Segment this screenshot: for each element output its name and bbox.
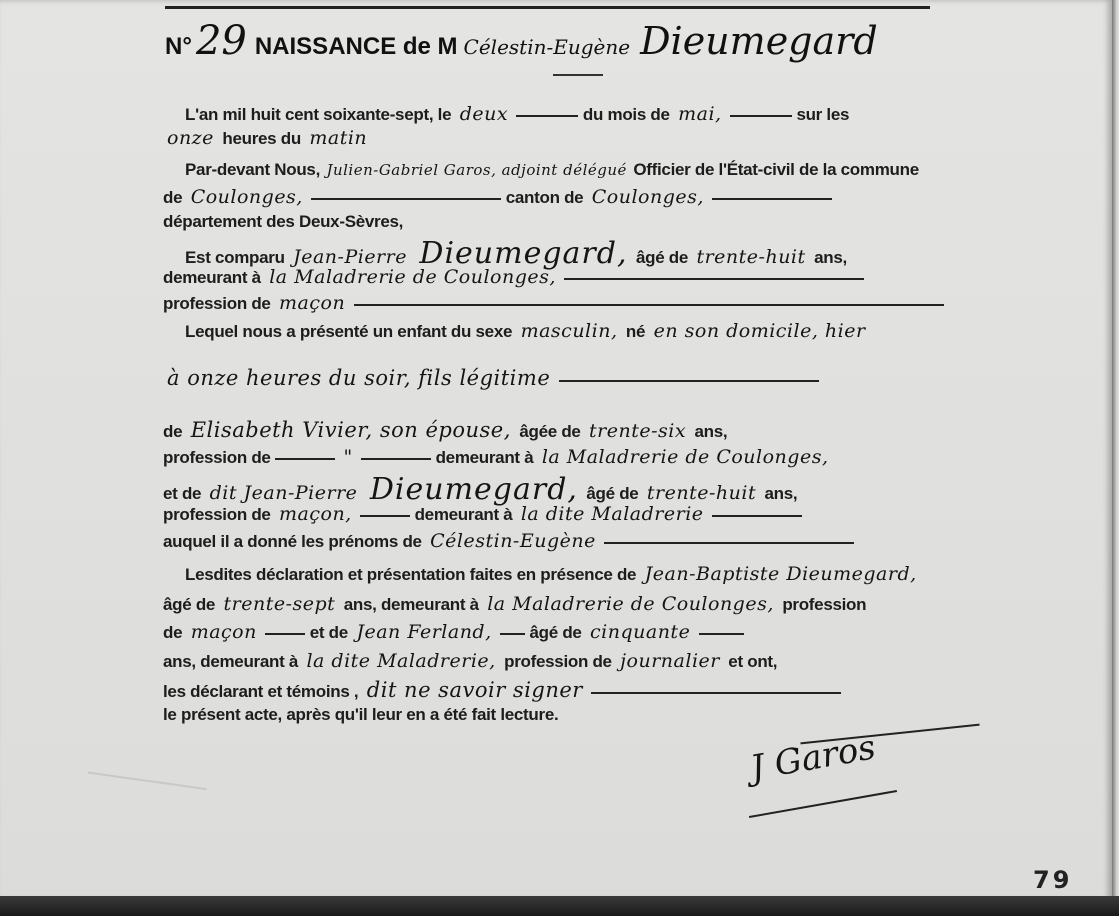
record-line: de Elisabeth Vivier, son épouse, âgée de… bbox=[163, 418, 727, 442]
record-line: Lequel nous a présenté un enfant du sexe… bbox=[185, 320, 870, 342]
handwritten-month: mai, bbox=[678, 103, 721, 125]
handwritten-signature-note: dit ne savoir signer bbox=[367, 678, 583, 702]
printed-text: L'an mil huit cent soixante-sept, le bbox=[185, 105, 451, 124]
printed-text: Par-devant Nous, bbox=[185, 160, 320, 179]
child-surname: Dieumegard bbox=[640, 19, 878, 63]
handwritten-witness-1-residence: la Maladrerie de Coulonges, bbox=[487, 593, 774, 615]
printed-text: âgé de bbox=[163, 595, 215, 614]
printed-text: canton de bbox=[506, 188, 584, 207]
child-given-names: Célestin-Eugène bbox=[464, 35, 631, 59]
number-prefix: N° bbox=[165, 33, 192, 60]
handwritten-day: deux bbox=[460, 103, 508, 125]
fill-dash bbox=[361, 458, 431, 460]
record-line: Lesdites déclaration et présentation fai… bbox=[185, 563, 921, 585]
handwritten-ditto: " bbox=[343, 446, 352, 468]
handwritten-canton: Coulonges, bbox=[592, 186, 704, 208]
fill-dash bbox=[712, 198, 832, 200]
record-number: 29 bbox=[196, 18, 247, 64]
handwritten-commune: Coulonges, bbox=[191, 186, 303, 208]
printed-text: les déclarant et témoins , bbox=[163, 682, 358, 701]
fill-dash bbox=[500, 633, 525, 635]
record-line: département des Deux-Sèvres, bbox=[163, 212, 403, 232]
handwritten-witness-1-profession: maçon bbox=[191, 621, 257, 643]
handwritten-time-of-day: matin bbox=[309, 127, 367, 149]
record-line: onze heures du matin bbox=[163, 127, 371, 149]
record-line: de maçon et de Jean Ferland, âgé de cinq… bbox=[163, 621, 744, 643]
fill-dash bbox=[559, 380, 819, 382]
printed-text: âgée de bbox=[519, 422, 580, 441]
printed-text: demeurant à bbox=[163, 268, 261, 287]
printed-text: profession de bbox=[504, 652, 612, 671]
handwritten-father-age: trente-huit bbox=[647, 482, 756, 504]
printed-text: de bbox=[163, 188, 182, 207]
handwritten-birthplace: en son domicile, hier bbox=[654, 320, 866, 342]
record-line: à onze heures du soir, fils légitime bbox=[163, 366, 819, 390]
handwritten-father-residence: la dite Maladrerie bbox=[521, 503, 704, 525]
fill-dash bbox=[712, 515, 802, 517]
printed-text: sur les bbox=[796, 105, 849, 124]
printed-text: âgé de bbox=[530, 623, 582, 642]
record-line: les déclarant et témoins , dit ne savoir… bbox=[163, 678, 841, 702]
printed-text: ans, bbox=[765, 484, 798, 503]
handwritten-given-names: Célestin-Eugène bbox=[430, 530, 596, 552]
handwritten-father-age: trente-huit bbox=[696, 246, 805, 268]
handwritten-mother: Elisabeth Vivier, son épouse, bbox=[191, 418, 511, 442]
record-line: auquel il a donné les prénoms de Célesti… bbox=[163, 530, 854, 552]
fill-dash bbox=[604, 542, 854, 544]
fill-dash bbox=[265, 633, 305, 635]
printed-text: profession de bbox=[163, 294, 271, 313]
record-line: et de dit Jean-Pierre Dieumegard, âgé de… bbox=[163, 472, 797, 507]
fill-dash bbox=[699, 633, 744, 635]
record-title: N°29NAISSANCE de MCélestin-EugèneDieumeg… bbox=[165, 18, 878, 64]
title-underline bbox=[553, 74, 603, 76]
top-rule bbox=[165, 6, 930, 9]
handwritten-father-given: Jean-Pierre bbox=[293, 246, 407, 268]
handwritten-witness-2-age: cinquante bbox=[590, 621, 690, 643]
fill-dash bbox=[516, 115, 578, 117]
printed-text: et de bbox=[163, 484, 201, 503]
handwritten-officer: Julien-Gabriel Garos, adjoint délégué bbox=[326, 161, 626, 179]
handwritten-mother-residence: la Maladrerie de Coulonges, bbox=[542, 446, 829, 468]
printed-text: heures du bbox=[222, 129, 301, 148]
record-line: le présent acte, après qu'il leur en a é… bbox=[163, 705, 558, 725]
handwritten-father-profession: maçon, bbox=[279, 503, 352, 525]
printed-text: ans, demeurant à bbox=[344, 595, 479, 614]
printed-text: profession bbox=[782, 595, 866, 614]
printed-text: Est comparu bbox=[185, 248, 285, 267]
printed-text: et de bbox=[310, 623, 348, 642]
record-line: âgé de trente-sept ans, demeurant à la M… bbox=[163, 593, 866, 615]
record-line: Par-devant Nous, Julien-Gabriel Garos, a… bbox=[185, 160, 919, 180]
printed-text: âgé de bbox=[586, 484, 638, 503]
handwritten-witness-2-profession: journalier bbox=[620, 650, 720, 672]
printed-text: ans, demeurant à bbox=[163, 652, 298, 671]
register-page: N°29NAISSANCE de MCélestin-EugèneDieumeg… bbox=[0, 0, 1112, 900]
fill-dash bbox=[311, 198, 501, 200]
handwritten-witness-2-residence: la dite Maladrerie, bbox=[306, 650, 495, 672]
handwritten-profession: maçon bbox=[279, 292, 345, 314]
record-line: demeurant à la Maladrerie de Coulonges, bbox=[163, 266, 864, 288]
record-line: profession de maçon bbox=[163, 292, 944, 314]
printed-text: profession de bbox=[163, 448, 271, 467]
page-edge bbox=[1112, 0, 1119, 916]
handwritten-mother-age: trente-six bbox=[589, 420, 686, 442]
printed-text: de bbox=[163, 422, 182, 441]
handwritten-witness-1: Jean-Baptiste Dieumegard, bbox=[645, 563, 917, 585]
printed-text: Officier de l'État-civil de la commune bbox=[633, 160, 919, 179]
handwritten-witness-1-age: trente-sept bbox=[224, 593, 336, 615]
fill-dash bbox=[591, 692, 841, 694]
bleed-through-mark bbox=[88, 732, 213, 790]
printed-text: profession de bbox=[163, 505, 271, 524]
handwritten-birth-time: à onze heures du soir, fils légitime bbox=[167, 366, 550, 390]
signature-underline bbox=[749, 790, 897, 818]
printed-text: du mois de bbox=[583, 105, 670, 124]
fill-dash bbox=[730, 115, 792, 117]
fill-dash bbox=[360, 515, 410, 517]
fill-dash bbox=[354, 304, 944, 306]
page-number: 79 bbox=[1033, 866, 1072, 894]
printed-text: auquel il a donné les prénoms de bbox=[163, 532, 422, 551]
printed-text: le présent acte, après qu'il leur en a é… bbox=[163, 705, 558, 724]
record-line: de Coulonges, canton de Coulonges, bbox=[163, 186, 832, 208]
handwritten-witness-2: Jean Ferland, bbox=[356, 621, 491, 643]
printed-text: Lesdites déclaration et présentation fai… bbox=[185, 565, 636, 584]
fill-dash bbox=[275, 458, 335, 460]
handwritten-father-surname: Dieumegard, bbox=[370, 472, 578, 507]
printed-text: Lequel nous a présenté un enfant du sexe bbox=[185, 322, 512, 341]
scan-bottom-edge bbox=[0, 896, 1119, 916]
title-label: NAISSANCE de M bbox=[255, 33, 458, 60]
printed-text: ans, bbox=[814, 248, 847, 267]
record-line: profession de " demeurant à la Maladreri… bbox=[163, 446, 832, 468]
record-line: ans, demeurant à la dite Maladrerie, pro… bbox=[163, 650, 777, 672]
handwritten-sex: masculin, bbox=[521, 320, 618, 342]
fill-dash bbox=[564, 278, 864, 280]
printed-text: demeurant à bbox=[436, 448, 534, 467]
printed-text: né bbox=[626, 322, 645, 341]
handwritten-residence: la Maladrerie de Coulonges, bbox=[269, 266, 556, 288]
handwritten-father-given: dit Jean-Pierre bbox=[210, 482, 358, 504]
handwritten-hour: onze bbox=[167, 127, 214, 149]
printed-text: demeurant à bbox=[415, 505, 513, 524]
record-line: L'an mil huit cent soixante-sept, le deu… bbox=[185, 103, 849, 125]
officer-signature: J Garos bbox=[747, 727, 878, 788]
printed-text: de bbox=[163, 623, 182, 642]
record-line: profession de maçon, demeurant à la dite… bbox=[163, 503, 802, 525]
printed-text: département des Deux-Sèvres, bbox=[163, 212, 403, 231]
printed-text: ans, bbox=[694, 422, 727, 441]
printed-text: et ont, bbox=[728, 652, 777, 671]
printed-text: âgé de bbox=[636, 248, 688, 267]
